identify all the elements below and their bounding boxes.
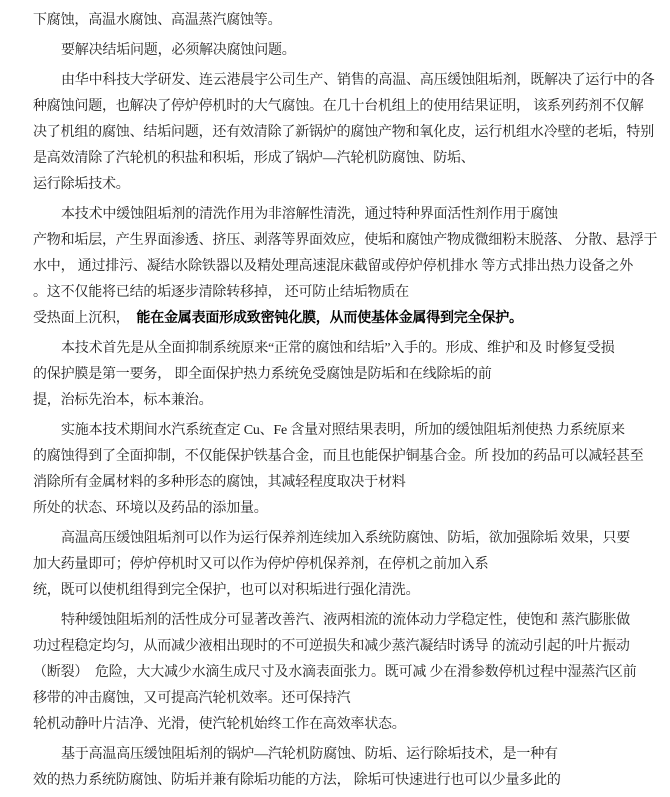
text-segment: 高温高压缓蚀阻垢剂可以作为运行保养剂连续加入系统防腐蚀、防垢，欲加强除垢 效果，… (61, 531, 630, 546)
text-line: （断裂） 危险，大大减少水滴生成尺寸及水滴表面张力。既可减 少在滑参数停机过程中… (33, 660, 646, 686)
text-segment: 。这不仅能将已结的垢逐步清除转移掉， 还可防止结垢物质在 (33, 285, 409, 300)
document-page: 下腐蚀，高温水腐蚀、高温蒸汽腐蚀等。要解决结垢问题，必须解决腐蚀问题。由华中科技… (0, 0, 670, 797)
paragraph: 特种缓蚀阻垢剂的活性成分可显著改善汽、液两相流的流体动力学稳定性，使饱和 蒸汽膨… (33, 608, 646, 738)
text-line: 产物和垢层，产生界面渗透、挤压、剥落等界面效应，使垢和腐蚀产物成微细粉末脱落、 … (33, 228, 646, 254)
text-segment: 本技术中缓蚀阻垢剂的清洗作用为非溶解性清洗，通过特种界面活性剂作用于腐蚀 (61, 207, 558, 222)
text-line: 受热面上沉积， 能在金属表面形成致密钝化膜，从而使基体金属得到完全保护。 (33, 306, 646, 332)
text-line: 由华中科技大学研发、连云港晨宇公司生产、销售的高温、高压缓蚀阻垢剂，既解决了运行… (33, 68, 646, 94)
text-segment: 提，治标先治本，标本兼治。 (33, 393, 212, 408)
text-segment: 移带的冲击腐蚀，又可提高汽轮机效率。还可保持汽 (33, 691, 350, 706)
text-line: 轮机动静叶片洁净、光滑，使汽轮机始终工作在高效率状态。 (33, 712, 646, 738)
text-segment: 受热面上沉积， (33, 311, 136, 326)
text-line: 消除所有金属材料的多种形态的腐蚀，其减轻程度取决于材料 (33, 470, 646, 496)
bold-text-segment: 能在金属表面形成致密钝化膜，从而使基体金属得到完全保护。 (136, 311, 522, 326)
text-line: 统，既可以使机组得到完全保护，也可以对积垢进行强化清洗。 (33, 578, 646, 604)
text-line: 。这不仅能将已结的垢逐步清除转移掉， 还可防止结垢物质在 (33, 280, 646, 306)
text-line: 所处的状态、环境以及药品的添加量。 (33, 496, 646, 522)
paragraph: 下腐蚀，高温水腐蚀、高温蒸汽腐蚀等。 (33, 8, 646, 34)
text-segment: 统，既可以使机组得到完全保护，也可以对积垢进行强化清洗。 (33, 583, 419, 598)
text-segment: 要解决结垢问题，必须解决腐蚀问题。 (61, 43, 296, 58)
paragraph: 高温高压缓蚀阻垢剂可以作为运行保养剂连续加入系统防腐蚀、防垢，欲加强除垢 效果，… (33, 526, 646, 604)
text-line: 加大药量即可；停炉停机时又可以作为停炉停机保养剂，在停机之前加入系 (33, 552, 646, 578)
text-line: 下腐蚀，高温水腐蚀、高温蒸汽腐蚀等。 (33, 8, 646, 34)
text-segment: 运行除垢技术。 (33, 177, 130, 192)
text-line: 种腐蚀问题，也解决了停炉停机时的大气腐蚀。在几十台机组上的使用结果证明， 该系列… (33, 94, 646, 120)
paragraph: 实施本技术期间水汽系统查定 Cu、Fe 含量对照结果表明，所加的缓蚀阻垢剂使热 … (33, 418, 646, 522)
text-line: 特种缓蚀阻垢剂的活性成分可显著改善汽、液两相流的流体动力学稳定性，使饱和 蒸汽膨… (33, 608, 646, 634)
paragraph: 本技术首先是从全面抑制系统原来“正常的腐蚀和结垢”入手的。形成、维护和及 时修复… (33, 336, 646, 414)
text-segment: 功过程稳定均匀，从而减少液相出现时的不可逆损失和减少蒸汽凝结时诱导 的流动引起的… (33, 639, 630, 654)
text-line: 水中， 通过排污、凝结水除铁器以及精处理高速混床截留或停炉停机排水 等方式排出热… (33, 254, 646, 280)
text-line: 基于高温高压缓蚀阻垢剂的锅炉—汽轮机防腐蚀、防垢、运行除垢技术，是一种有 (33, 742, 646, 768)
text-segment: 下腐蚀，高温水腐蚀、高温蒸汽腐蚀等。 (33, 13, 281, 28)
text-segment: 本技术首先是从全面抑制系统原来“正常的腐蚀和结垢”入手的。形成、维护和及 时修复… (61, 341, 615, 356)
text-segment: 轮机动静叶片洁净、光滑，使汽轮机始终工作在高效率状态。 (33, 717, 406, 732)
text-line: 功过程稳定均匀，从而减少液相出现时的不可逆损失和减少蒸汽凝结时诱导 的流动引起的… (33, 634, 646, 660)
text-segment: 效的热力系统防腐蚀、防垢并兼有除垢功能的方法， 除垢可快速进行也可以少量多此的 (33, 773, 561, 788)
text-segment: 决了机组的腐蚀、结垢问题，还有效清除了新锅炉的腐蚀产物和氧化皮，运行机组水冷壁的… (33, 125, 654, 140)
text-segment: （断裂） 危险，大大减少水滴生成尺寸及水滴表面张力。既可减 少在滑参数停机过程中… (33, 665, 637, 680)
text-line: 的腐蚀得到了全面抑制，不仅能保护铁基合金，而且也能保护铜基合金。所 投加的药品可… (33, 444, 646, 470)
text-line: 决了机组的腐蚀、结垢问题，还有效清除了新锅炉的腐蚀产物和氧化皮，运行机组水冷壁的… (33, 120, 646, 146)
text-segment: 实施本技术期间水汽系统查定 Cu、Fe 含量对照结果表明，所加的缓蚀阻垢剂使热 … (61, 423, 625, 438)
text-line: 的保护膜是第一要务， 即全面保护热力系统免受腐蚀是防垢和在线除垢的前 (33, 362, 646, 388)
paragraph: 由华中科技大学研发、连云港晨宇公司生产、销售的高温、高压缓蚀阻垢剂，既解决了运行… (33, 68, 646, 198)
text-line: 移带的冲击腐蚀，又可提高汽轮机效率。还可保持汽 (33, 686, 646, 712)
text-segment: 基于高温高压缓蚀阻垢剂的锅炉—汽轮机防腐蚀、防垢、运行除垢技术，是一种有 (61, 747, 558, 762)
text-line: 效的热力系统防腐蚀、防垢并兼有除垢功能的方法， 除垢可快速进行也可以少量多此的 (33, 768, 646, 794)
text-line: 本技术首先是从全面抑制系统原来“正常的腐蚀和结垢”入手的。形成、维护和及 时修复… (33, 336, 646, 362)
text-segment: 水中， 通过排污、凝结水除铁器以及精处理高速混床截留或停炉停机排水 等方式排出热… (33, 259, 633, 274)
text-segment: 由华中科技大学研发、连云港晨宇公司生产、销售的高温、高压缓蚀阻垢剂，既解决了运行… (61, 73, 654, 88)
text-line: 提，治标先治本，标本兼治。 (33, 388, 646, 414)
paragraph: 基于高温高压缓蚀阻垢剂的锅炉—汽轮机防腐蚀、防垢、运行除垢技术，是一种有效的热力… (33, 742, 646, 794)
text-segment: 的保护膜是第一要务， 即全面保护热力系统免受腐蚀是防垢和在线除垢的前 (33, 367, 492, 382)
paragraph: 本技术中缓蚀阻垢剂的清洗作用为非溶解性清洗，通过特种界面活性剂作用于腐蚀产物和垢… (33, 202, 646, 332)
text-segment: 种腐蚀问题，也解决了停炉停机时的大气腐蚀。在几十台机组上的使用结果证明， 该系列… (33, 99, 644, 114)
text-segment: 所处的状态、环境以及药品的添加量。 (33, 501, 268, 516)
text-segment: 的腐蚀得到了全面抑制，不仅能保护铁基合金，而且也能保护铜基合金。所 投加的药品可… (33, 449, 644, 464)
text-segment: 消除所有金属材料的多种形态的腐蚀，其减轻程度取决于材料 (33, 475, 406, 490)
text-line: 是高效清除了汽轮机的积盐和积垢，形成了锅炉—汽轮机防腐蚀、防垢、 (33, 146, 646, 172)
text-line: 运行除垢技术。 (33, 172, 646, 198)
text-segment: 是高效清除了汽轮机的积盐和积垢，形成了锅炉—汽轮机防腐蚀、防垢、 (33, 151, 475, 166)
paragraph: 要解决结垢问题，必须解决腐蚀问题。 (33, 38, 646, 64)
text-segment: 加大药量即可；停炉停机时又可以作为停炉停机保养剂，在停机之前加入系 (33, 557, 488, 572)
text-segment: 特种缓蚀阻垢剂的活性成分可显著改善汽、液两相流的流体动力学稳定性，使饱和 蒸汽膨… (61, 613, 630, 628)
text-line: 实施本技术期间水汽系统查定 Cu、Fe 含量对照结果表明，所加的缓蚀阻垢剂使热 … (33, 418, 646, 444)
text-line: 高温高压缓蚀阻垢剂可以作为运行保养剂连续加入系统防腐蚀、防垢，欲加强除垢 效果，… (33, 526, 646, 552)
text-line: 要解决结垢问题，必须解决腐蚀问题。 (33, 38, 646, 64)
text-line: 本技术中缓蚀阻垢剂的清洗作用为非溶解性清洗，通过特种界面活性剂作用于腐蚀 (33, 202, 646, 228)
document-body: 下腐蚀，高温水腐蚀、高温蒸汽腐蚀等。要解决结垢问题，必须解决腐蚀问题。由华中科技… (33, 8, 646, 794)
text-segment: 产物和垢层，产生界面渗透、挤压、剥落等界面效应，使垢和腐蚀产物成微细粉末脱落、 … (33, 233, 657, 248)
